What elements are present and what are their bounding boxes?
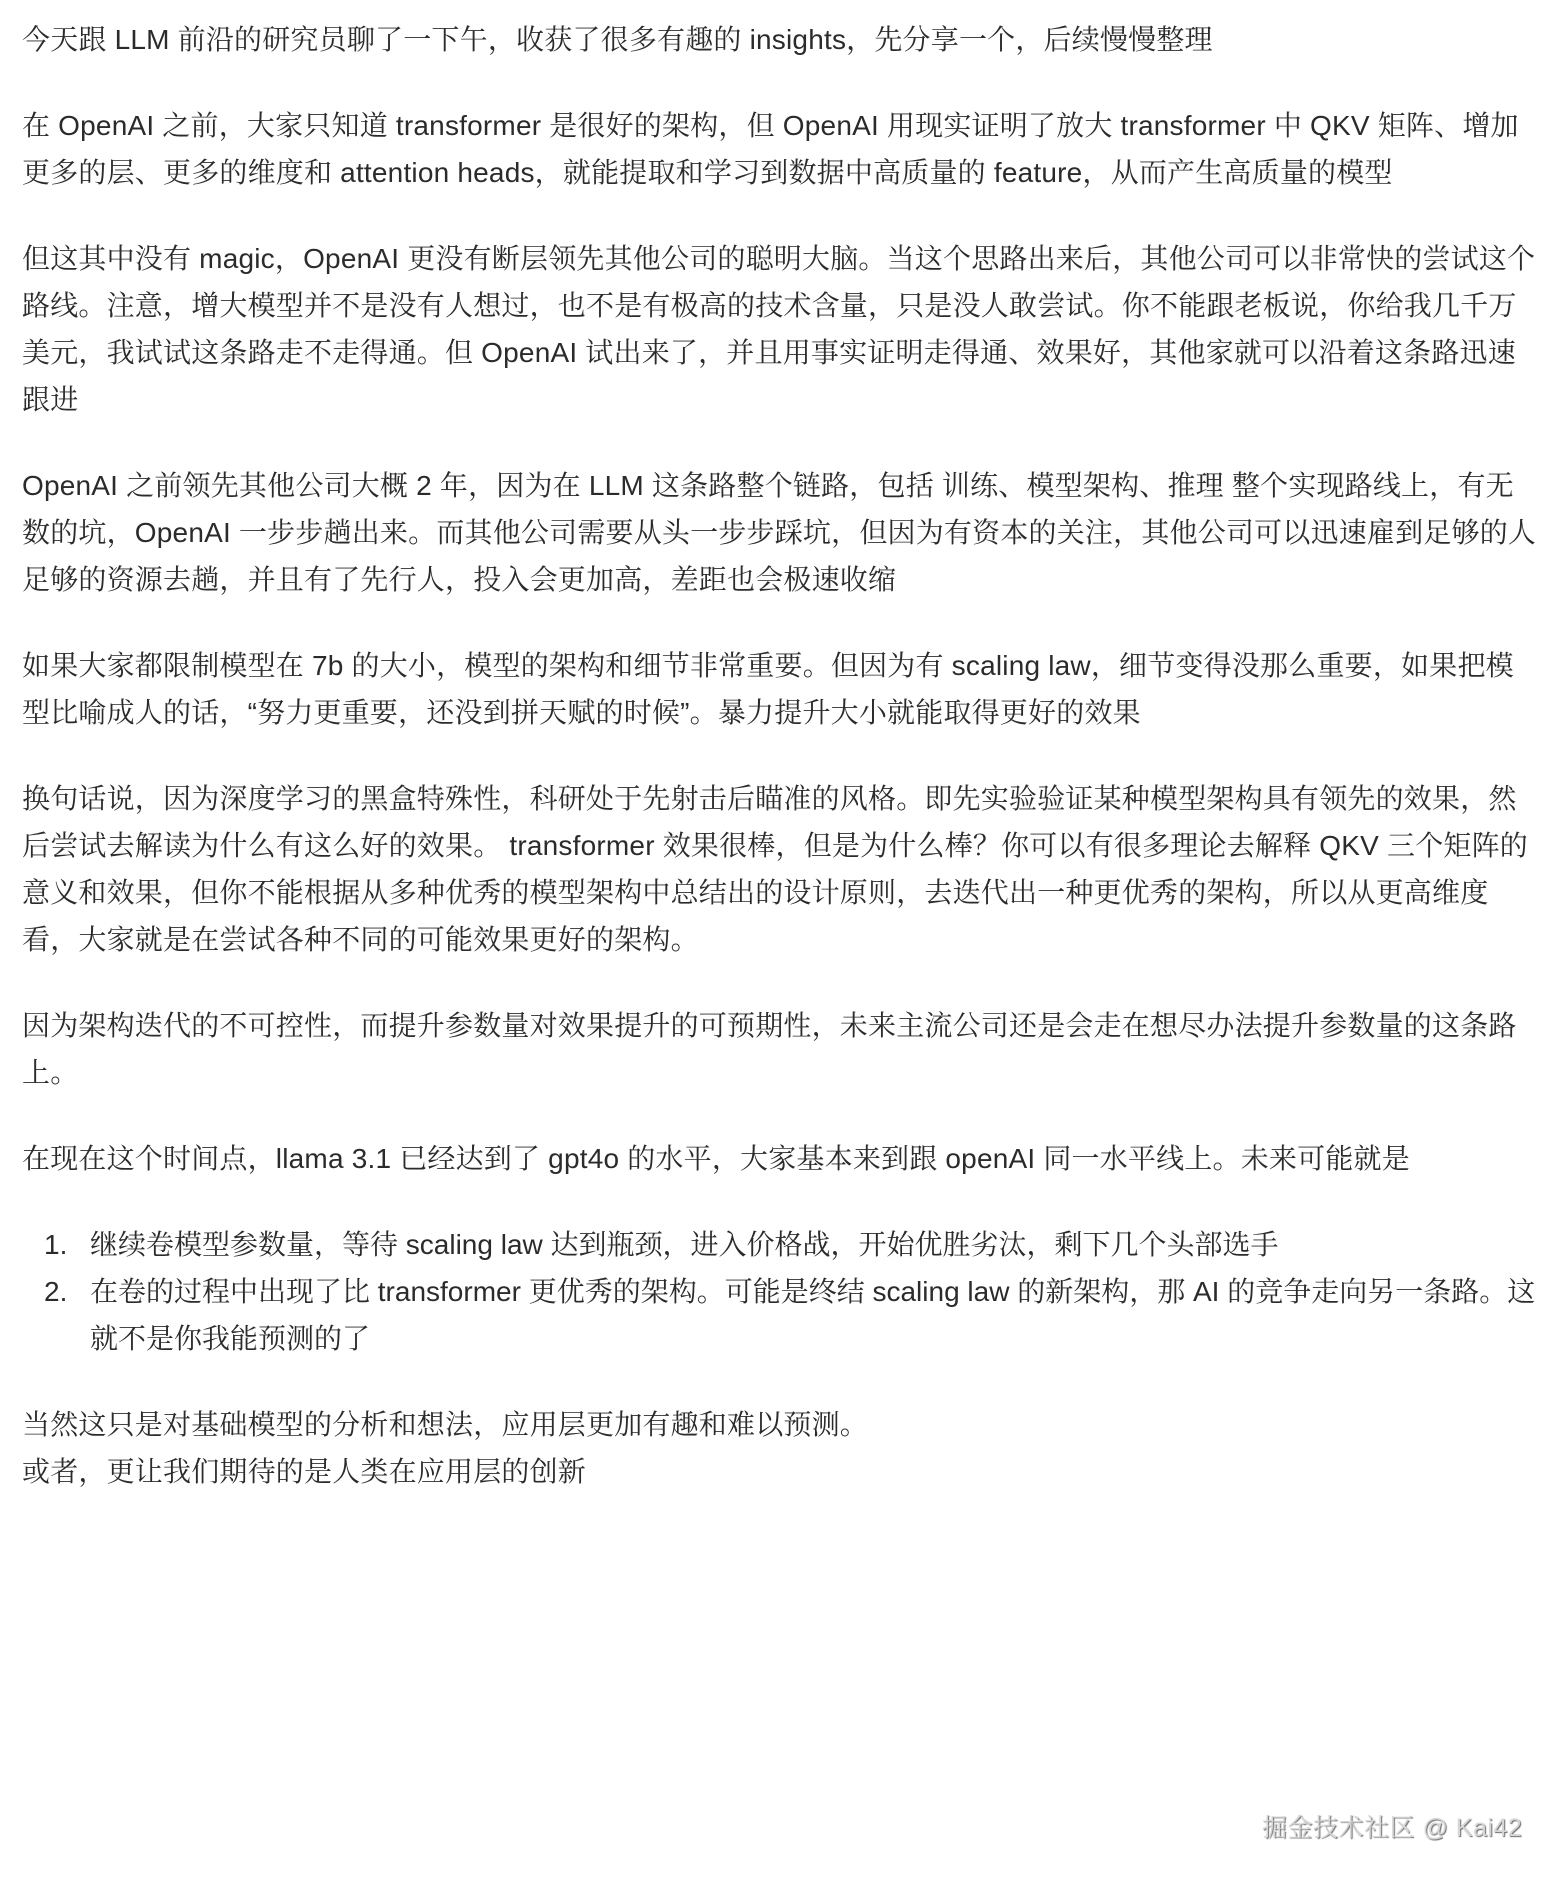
list-item-number: 1. [44,1221,67,1268]
list-item-text: 继续卷模型参数量，等待 scaling law 达到瓶颈，进入价格战，开始优胜劣… [90,1229,1279,1260]
list-item: 2. 在卷的过程中出现了比 transformer 更优秀的架构。可能是终结 s… [22,1268,1542,1362]
closing-line-1: 当然这只是对基础模型的分析和想法，应用层更加有趣和难以预测。 [22,1401,1542,1448]
paragraph-current-state: 在现在这个时间点，llama 3.1 已经达到了 gpt4o 的水平，大家基本来… [22,1135,1542,1182]
list-item-text: 在卷的过程中出现了比 transformer 更优秀的架构。可能是终结 scal… [90,1276,1535,1354]
paragraph-parameter-path: 因为架构迭代的不可控性，而提升参数量对效果提升的可预期性，未来主流公司还是会走在… [22,1002,1542,1096]
paragraph-scaling-law: 如果大家都限制模型在 7b 的大小，模型的架构和细节非常重要。但因为有 scal… [22,642,1542,736]
list-item-number: 2. [44,1268,67,1315]
article-body: 今天跟 LLM 前沿的研究员聊了一下午，收获了很多有趣的 insights，先分… [22,16,1542,1495]
paragraph-openai-scaling: 在 OpenAI 之前，大家只知道 transformer 是很好的架构，但 O… [22,102,1542,196]
paragraph-intro: 今天跟 LLM 前沿的研究员聊了一下午，收获了很多有趣的 insights，先分… [22,16,1542,63]
watermark: 掘金技术社区 @ Kai42 [1262,1808,1522,1844]
future-outcomes-list: 1. 继续卷模型参数量，等待 scaling law 达到瓶颈，进入价格战，开始… [22,1221,1542,1362]
paragraph-no-magic: 但这其中没有 magic，OpenAI 更没有断层领先其他公司的聪明大脑。当这个… [22,235,1542,423]
list-item: 1. 继续卷模型参数量，等待 scaling law 达到瓶颈，进入价格战，开始… [22,1221,1542,1268]
paragraph-black-box: 换句话说，因为深度学习的黑盒特殊性，科研处于先射击后瞄准的风格。即先实验验证某种… [22,775,1542,963]
closing-line-2: 或者，更让我们期待的是人类在应用层的创新 [22,1448,1542,1495]
paragraph-openai-lead: OpenAI 之前领先其他公司大概 2 年，因为在 LLM 这条路整个链路，包括… [22,462,1542,603]
